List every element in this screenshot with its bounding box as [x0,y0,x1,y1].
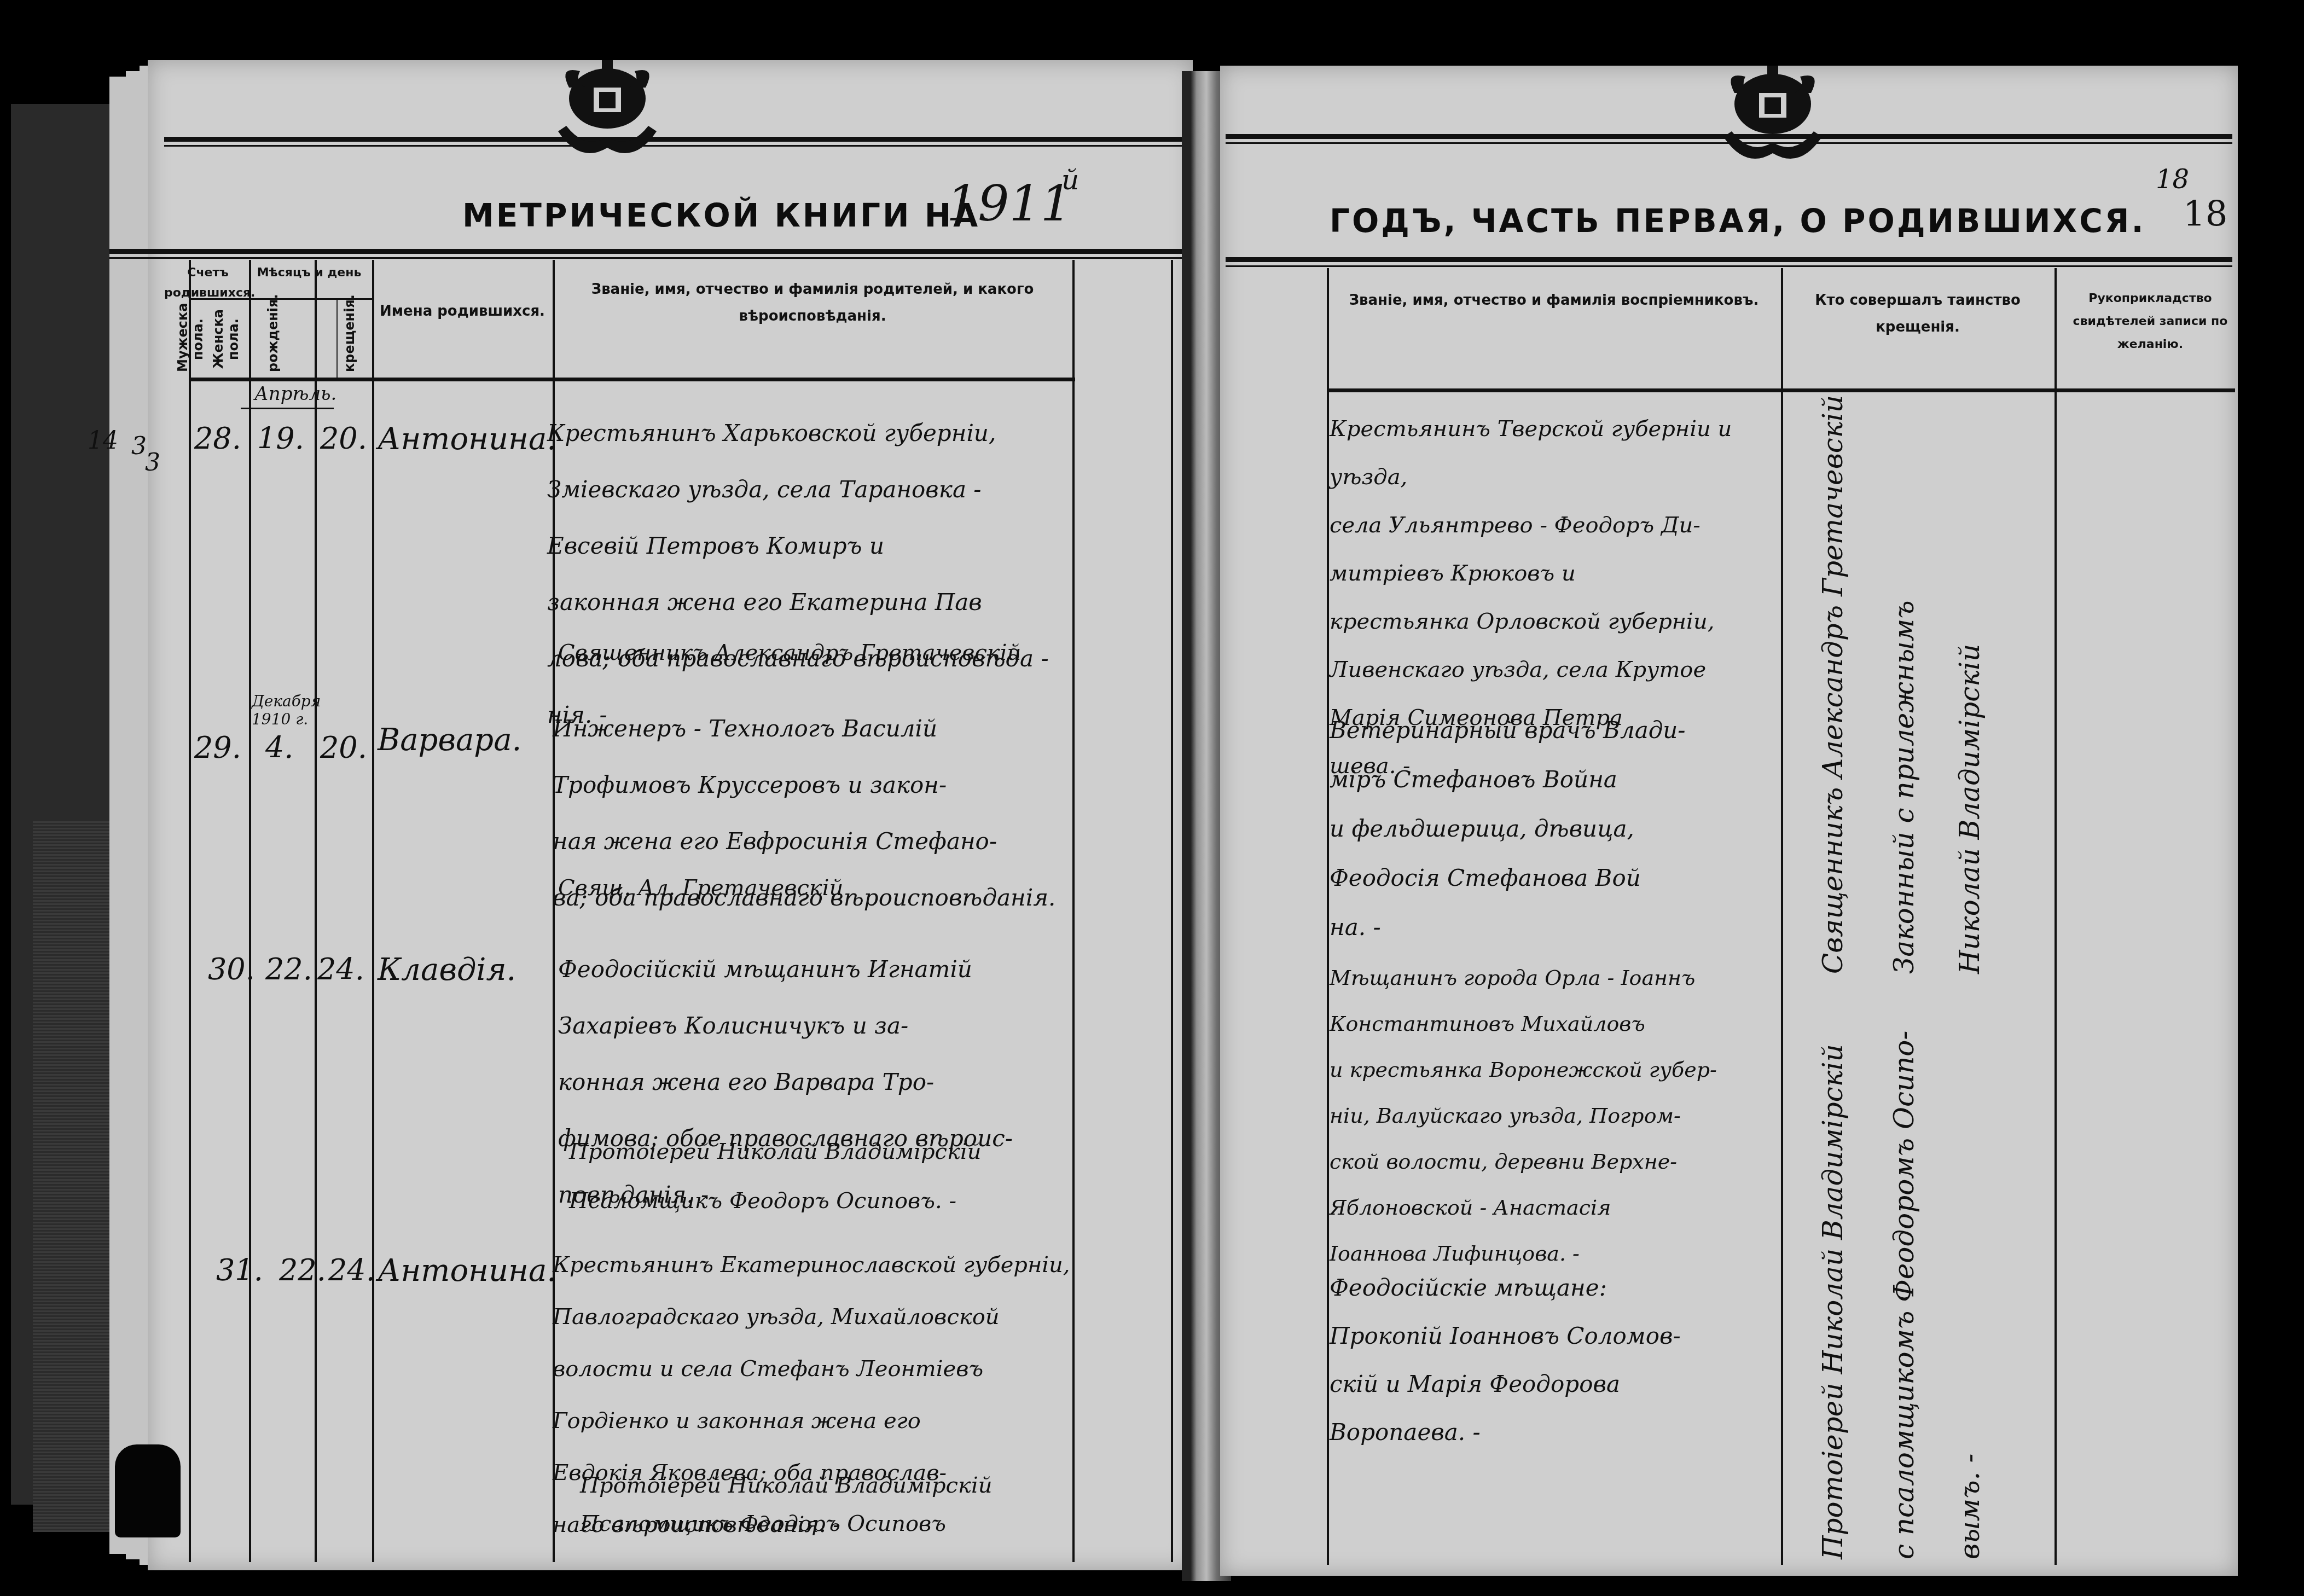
col-line [249,260,251,1562]
table-header-rule-thin [109,257,1182,259]
godparents-entry-4: Феодосійскіе мѣщане: Прокопій Іоанновъ С… [1330,1264,1778,1456]
header-female: Женска пола. [211,306,241,372]
margin-note: 3 [145,449,160,477]
officiant-note-1: Священникъ Александръ Гретачевскій [1800,372,1866,974]
header-bottom-rule-right [1327,388,2235,392]
entry-2-birth-day: 4. [265,730,294,765]
page-number: 18 [2183,194,2227,235]
right-page-title: ГОДЪ, ЧАСТЬ ПЕРВАЯ, О РОДИВШИХСЯ. [1330,202,2145,240]
entry-1-child-name: Антонина. [378,421,556,457]
header-parents: Званіе, имя, отчество и фамилія родителе… [558,276,1067,330]
header-male: Мужеска пола. [175,306,206,372]
year-handwritten: 1911 [947,175,1072,233]
table-header-rule-right-thin [1226,265,2232,267]
entry-1-number: 28. [194,421,241,456]
col-line [2055,268,2057,1565]
header-officiant: Кто совершалъ таинство крещенія. [1789,287,2046,341]
entry-2-month: Декабря 1910 г. [252,692,317,728]
entry-1-month: Апрѣль. [254,383,336,405]
entry-1-baptism-day: 20. [320,421,367,456]
table-header-rule-right [1226,257,2232,262]
entry-4-number: 31. [216,1253,263,1287]
header-names-of-born: Имена родившихся. [375,298,550,325]
godparents-entry-2: Ветеринарный врачъ Влади- міръ Стефановъ… [1330,706,1778,952]
header-rule-top-thin [164,145,1182,147]
header-rule-top [164,137,1182,142]
godparents-entry-3: Мѣщанинъ города Орла - Іоаннъ Константин… [1330,955,1778,1276]
header-godparents: Званіе, имя, отчество и фамилія воспріем… [1335,287,1773,314]
entry-3-child-name: Клавдія. [378,952,516,988]
header-births-count: Счетъ родившихся. [164,263,252,304]
header-baptism: крещенія. [342,309,357,372]
entry-1-birth-day: 19. [257,421,304,456]
witness-signature-column [2057,394,2232,1565]
entry-3-signature: Протоіерей Николай Владимірскій Псаломщи… [569,1127,1061,1226]
header-birth: рожденія. [265,309,281,372]
entry-4-birth-day: 22. [279,1253,326,1287]
col-line [372,260,374,1562]
entry-4-child-name: Антонина. [378,1253,556,1289]
col-line [1327,268,1329,1565]
header-month-day: Мѣсяцъ и день [252,263,367,283]
entry-4-baptism-day: 24. [328,1253,375,1287]
page-number-handwritten: 18 [2156,164,2189,195]
header-witness-signatures: Рукоприкладство свидѣтелей записи по жел… [2063,287,2238,356]
left-page-title: МЕТРИЧЕСКОЙ КНИГИ НА [462,197,980,234]
col-line [189,260,191,1562]
officiant-note-3: Николай Владимірскій [1937,372,2003,974]
entry-1-month-underline [241,408,334,409]
header-bottom-rule [189,378,1075,381]
entry-2-signature: Свящ. Ал. Гретачевскій [558,875,996,901]
officiant-note-lower-3: вымъ. - [1937,1313,2003,1559]
entry-1-parents: Крестьянинъ Харьковской губерніи, Змiевс… [547,405,1089,743]
col-line [336,298,338,378]
margin-note: 3 [131,432,147,460]
entry-1-signature: Священникъ Александръ Гретачевскій [558,640,1072,665]
double-headed-eagle-emblem-icon [547,55,668,164]
double-headed-eagle-emblem-icon [1713,60,1833,170]
col-line [1781,268,1783,1565]
entry-3-baptism-day: 24. [317,952,364,986]
officiant-note-lower-1: Протоіерей Николай Владимірскій [1800,930,1866,1559]
book-cover-texture [33,821,115,1532]
col-line [315,260,317,1562]
officiant-note-2: Законный с прилежнымъ [1871,372,1937,974]
col-line [1171,260,1173,1562]
entry-2-number: 29. [194,730,241,765]
entry-3-birth-day: 22. [265,952,312,986]
table-header-rule [109,249,1182,254]
entry-3-number: 30. [208,952,255,986]
entry-4-signature: Протоіерей Николай Владимірскій Псаломщи… [580,1466,1072,1543]
entry-2-baptism-day: 20. [320,730,367,765]
margin-note: 14 [88,427,118,455]
entry-2-child-name: Варвара. [378,722,521,758]
officiant-note-lower-2: с псаломщикомъ Феодоромъ Осипо- [1871,930,1937,1559]
thumb-shadow [115,1444,181,1537]
year-suffix: й [1061,164,1079,196]
